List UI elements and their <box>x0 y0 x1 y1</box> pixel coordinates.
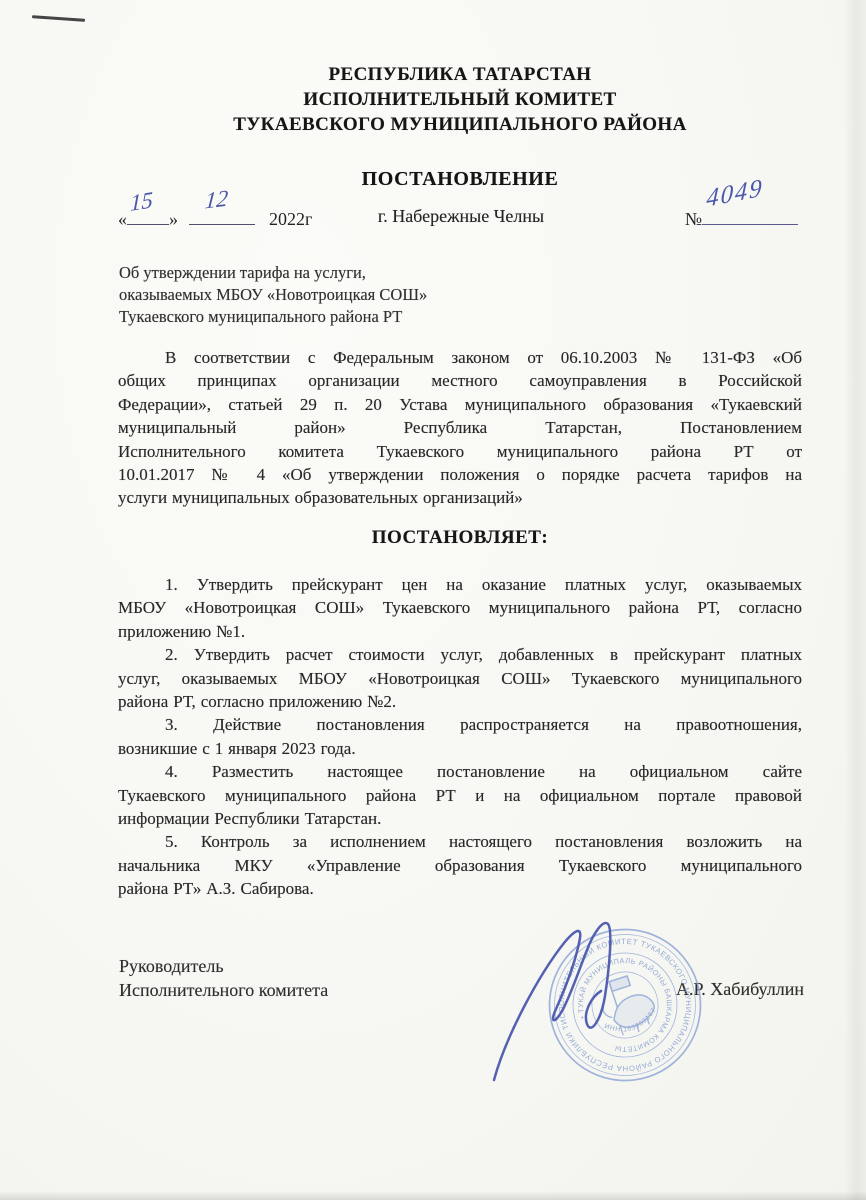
item-line: 1. Утвердить прейскурант цен на оказание… <box>118 573 802 596</box>
scan-page-edge-right <box>844 0 866 1200</box>
resolution-item-3: 3. Действие постановления распространяет… <box>118 713 802 760</box>
item-line: возникшие с 1 января 2023 года. <box>118 737 802 760</box>
preamble-line: муниципальный район» Республика Татарста… <box>118 416 802 439</box>
scan-page-edge-bottom <box>0 1191 866 1200</box>
subject-line: Тукаевского муниципального района РТ <box>119 306 427 328</box>
resolution-item-5: 5. Контроль за исполнением настоящего по… <box>118 830 802 900</box>
item-line: начальника МКУ «Управление образования Т… <box>118 854 802 877</box>
letterhead-line-committee: ИСПОЛНИТЕЛЬНЫЙ КОМИТЕТ <box>118 87 802 112</box>
preamble-line: В соответствии с Федеральным законом от … <box>118 346 802 369</box>
letterhead: РЕСПУБЛИКА ТАТАРСТАН ИСПОЛНИТЕЛЬНЫЙ КОМИ… <box>118 62 802 137</box>
letterhead-line-district: ТУКАЕВСКОГО МУНИЦИПАЛЬНОГО РАЙОНА <box>118 112 802 137</box>
item-line: Тукаевского муниципального района РТ и н… <box>118 784 802 807</box>
document-number-group: №4049 <box>685 200 798 235</box>
item-line: 2. Утвердить расчет стоимости услуг, доб… <box>118 643 802 666</box>
item-line: 4. Разместить настоящее постановление на… <box>118 760 802 783</box>
preamble-line: 10.01.2017 № 4 «Об утверждении положения… <box>118 463 802 486</box>
item-line: услуг, оказываемых МБОУ «Новотроицкая СО… <box>118 667 802 690</box>
number-sign: № <box>685 209 702 229</box>
subject-block: Об утверждении тарифа на услуги, оказыва… <box>119 262 427 327</box>
number-blank: 4049 <box>702 200 798 225</box>
scanned-document-page: РЕСПУБЛИКА ТАТАРСТАН ИСПОЛНИТЕЛЬНЫЙ КОМИ… <box>0 0 866 1200</box>
preamble-line: Исполнительного комитета Тукаевского мун… <box>118 440 802 463</box>
item-line: приложению №1. <box>118 620 802 643</box>
resolution-item-1: 1. Утвердить прейскурант цен на оказание… <box>118 573 802 643</box>
resolution-item-2: 2. Утвердить расчет стоимости услуг, доб… <box>118 643 802 713</box>
item-line: 3. Действие постановления распространяет… <box>118 713 802 736</box>
resolution-item-4: 4. Разместить настоящее постановление на… <box>118 760 802 830</box>
preamble-line: общих принципах организации местного сам… <box>118 369 802 392</box>
subject-line: оказываемых МБОУ «Новотроицкая СОШ» <box>119 284 427 306</box>
resolution-items: 1. Утвердить прейскурант цен на оказание… <box>118 573 802 901</box>
item-line: информации Республики Татарстан. <box>118 807 802 830</box>
preamble-line: услуги муниципальных образовательных орг… <box>118 486 802 509</box>
resolves-heading: ПОСТАНОВЛЯЕТ: <box>118 527 802 549</box>
item-line: района РТ, согласно приложению №2. <box>118 690 802 713</box>
item-line: 5. Контроль за исполнением настоящего по… <box>118 830 802 853</box>
letterhead-line-republic: РЕСПУБЛИКА ТАТАРСТАН <box>118 62 802 87</box>
preamble-line: Федерации», статьей 29 п. 20 Устава муни… <box>118 393 802 416</box>
date-number-row: «15» 12 2022г г. Набережные Челны №4049 <box>118 200 804 240</box>
scan-artifact-mark <box>32 15 85 22</box>
item-line: МБОУ «Новотроицкая СОШ» Тукаевского муни… <box>118 596 802 619</box>
subject-line: Об утверждении тарифа на услуги, <box>119 262 427 284</box>
preamble-paragraph: В соответствии с Федеральным законом от … <box>118 346 802 510</box>
signatory-position-line: Руководитель <box>119 955 328 979</box>
item-line: района РТ» А.З. Сабирова. <box>118 877 802 900</box>
handwritten-signature <box>478 898 648 1093</box>
